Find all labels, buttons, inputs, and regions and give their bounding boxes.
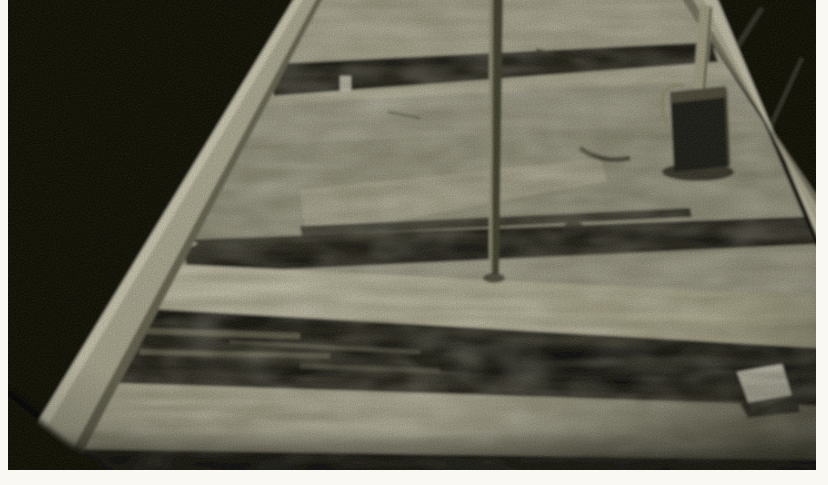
film-grain-light [0, 0, 828, 472]
photo-border-left [0, 0, 8, 485]
photograph-of-damaged-boardwalk [0, 0, 828, 485]
photo-canvas [0, 0, 828, 485]
photo-border-right [816, 0, 828, 485]
photo-border-bottom [0, 470, 828, 485]
